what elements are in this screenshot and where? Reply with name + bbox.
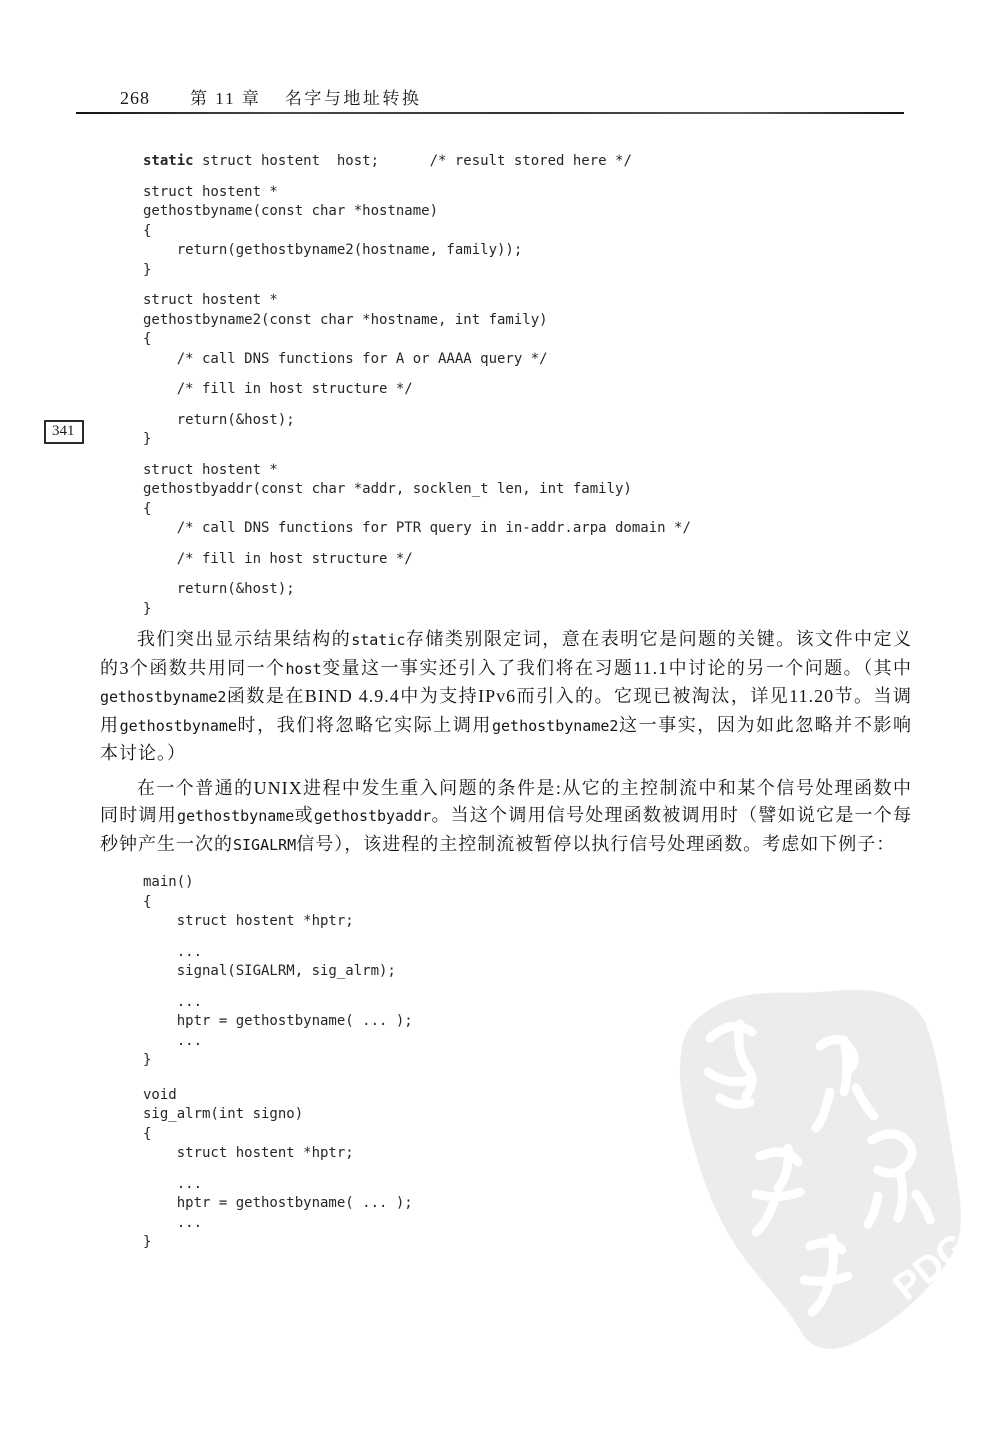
running-header: 268 第 11 章 名字与地址转换	[120, 84, 907, 109]
page-content: static struct hostent host; /* result st…	[100, 152, 912, 1253]
inline-code: gethostbyname2	[100, 688, 226, 706]
code-line: void	[143, 1086, 912, 1106]
code-blank-line	[143, 280, 912, 291]
code-line: /* fill in host structure */	[143, 550, 912, 570]
code-line: return(&host);	[143, 580, 912, 600]
code-blank-line	[143, 369, 912, 380]
code-line: }	[143, 430, 912, 450]
code-line: gethostbyname(const char *hostname)	[143, 202, 912, 222]
code-line: }	[143, 600, 912, 620]
code-line: hptr = gethostbyname( ... );	[143, 1194, 912, 1214]
code-segment: struct hostent host; /* result stored he…	[194, 153, 632, 169]
code-line: ...	[143, 1032, 912, 1052]
margin-page-ref: 341	[44, 420, 84, 444]
book-page: PDG 268 第 11 章 名字与地址转换 341 static struct…	[0, 0, 983, 1447]
code-line: struct hostent *	[143, 183, 912, 203]
code-line: {	[143, 222, 912, 242]
inline-code: gethostbyaddr	[314, 807, 431, 825]
chapter-label: 第 11 章	[190, 84, 261, 109]
code-line: }	[143, 1051, 912, 1071]
code-listing-sigalrm-example: voidsig_alrm(int signo){ struct hostent …	[143, 1086, 912, 1253]
code-line: gethostbyaddr(const char *addr, socklen_…	[143, 480, 912, 500]
code-line: main()	[143, 873, 912, 893]
code-keyword: static	[143, 153, 194, 169]
inline-code: gethostbyname2	[492, 717, 618, 735]
code-line: sig_alrm(int signo)	[143, 1105, 912, 1125]
code-line: struct hostent *hptr;	[143, 912, 912, 932]
inline-code: static	[351, 631, 405, 649]
code-line: hptr = gethostbyname( ... );	[143, 1012, 912, 1032]
paragraph-reentrancy-conditions: 在一个普通的UNIX进程中发生重入问题的条件是:从它的主控制流中和某个信号处理函…	[100, 775, 912, 860]
code-line: return(&host);	[143, 411, 912, 431]
code-blank-line	[143, 932, 912, 943]
code-listing-main-example: main(){ struct hostent *hptr; ... signal…	[143, 873, 912, 1071]
code-line: {	[143, 500, 912, 520]
header-rule	[76, 112, 904, 114]
code-blank-line	[143, 400, 912, 411]
code-line: struct hostent *	[143, 291, 912, 311]
chapter-title: 名字与地址转换	[285, 84, 422, 109]
code-line: ...	[143, 943, 912, 963]
code-line: return(gethostbyname2(hostname, family))…	[143, 241, 912, 261]
code-line: {	[143, 330, 912, 350]
code-line: struct hostent *	[143, 461, 912, 481]
code-line: signal(SIGALRM, sig_alrm);	[143, 962, 912, 982]
code-line: {	[143, 893, 912, 913]
code-line: ...	[143, 1214, 912, 1234]
code-blank-line	[143, 539, 912, 550]
code-line: }	[143, 1233, 912, 1253]
code-listing-hostent-functions: static struct hostent host; /* result st…	[143, 152, 912, 619]
code-line: struct hostent *hptr;	[143, 1144, 912, 1164]
inline-code: gethostbyname	[177, 807, 294, 825]
code-line: ...	[143, 993, 912, 1013]
text-segment: 我们突出显示结果结构的	[137, 629, 351, 649]
inline-code: gethostbyname	[120, 717, 237, 735]
code-line: /* fill in host structure */	[143, 380, 912, 400]
code-line: {	[143, 1125, 912, 1145]
code-blank-line	[143, 569, 912, 580]
code-blank-line	[143, 1164, 912, 1175]
paragraph-static-discussion: 我们突出显示结果结构的static存储类别限定词，意在表明它是问题的关键。该文件…	[100, 626, 912, 768]
code-line: ...	[143, 1175, 912, 1195]
text-segment: 信号），该进程的主控制流被暂停以执行信号处理函数。考虑如下例子：	[296, 834, 895, 854]
text-segment: 变量这一事实还引入了我们将在习题11.1中讨论的另一个问题。（其中	[322, 658, 912, 678]
page-number: 268	[120, 88, 150, 109]
code-line: gethostbyname2(const char *hostname, int…	[143, 311, 912, 331]
code-line: /* call DNS functions for PTR query in i…	[143, 519, 912, 539]
code-blank-line	[143, 172, 912, 183]
text-segment: 或	[294, 805, 313, 825]
code-blank-line	[143, 982, 912, 993]
inline-code: host	[286, 660, 322, 678]
code-line: }	[143, 261, 912, 281]
code-line: static struct hostent host; /* result st…	[143, 152, 912, 172]
code-line: /* call DNS functions for A or AAAA quer…	[143, 350, 912, 370]
code-blank-line	[143, 450, 912, 461]
text-segment: 时，我们将忽略它实际上调用	[237, 715, 492, 735]
inline-code: SIGALRM	[233, 836, 296, 854]
